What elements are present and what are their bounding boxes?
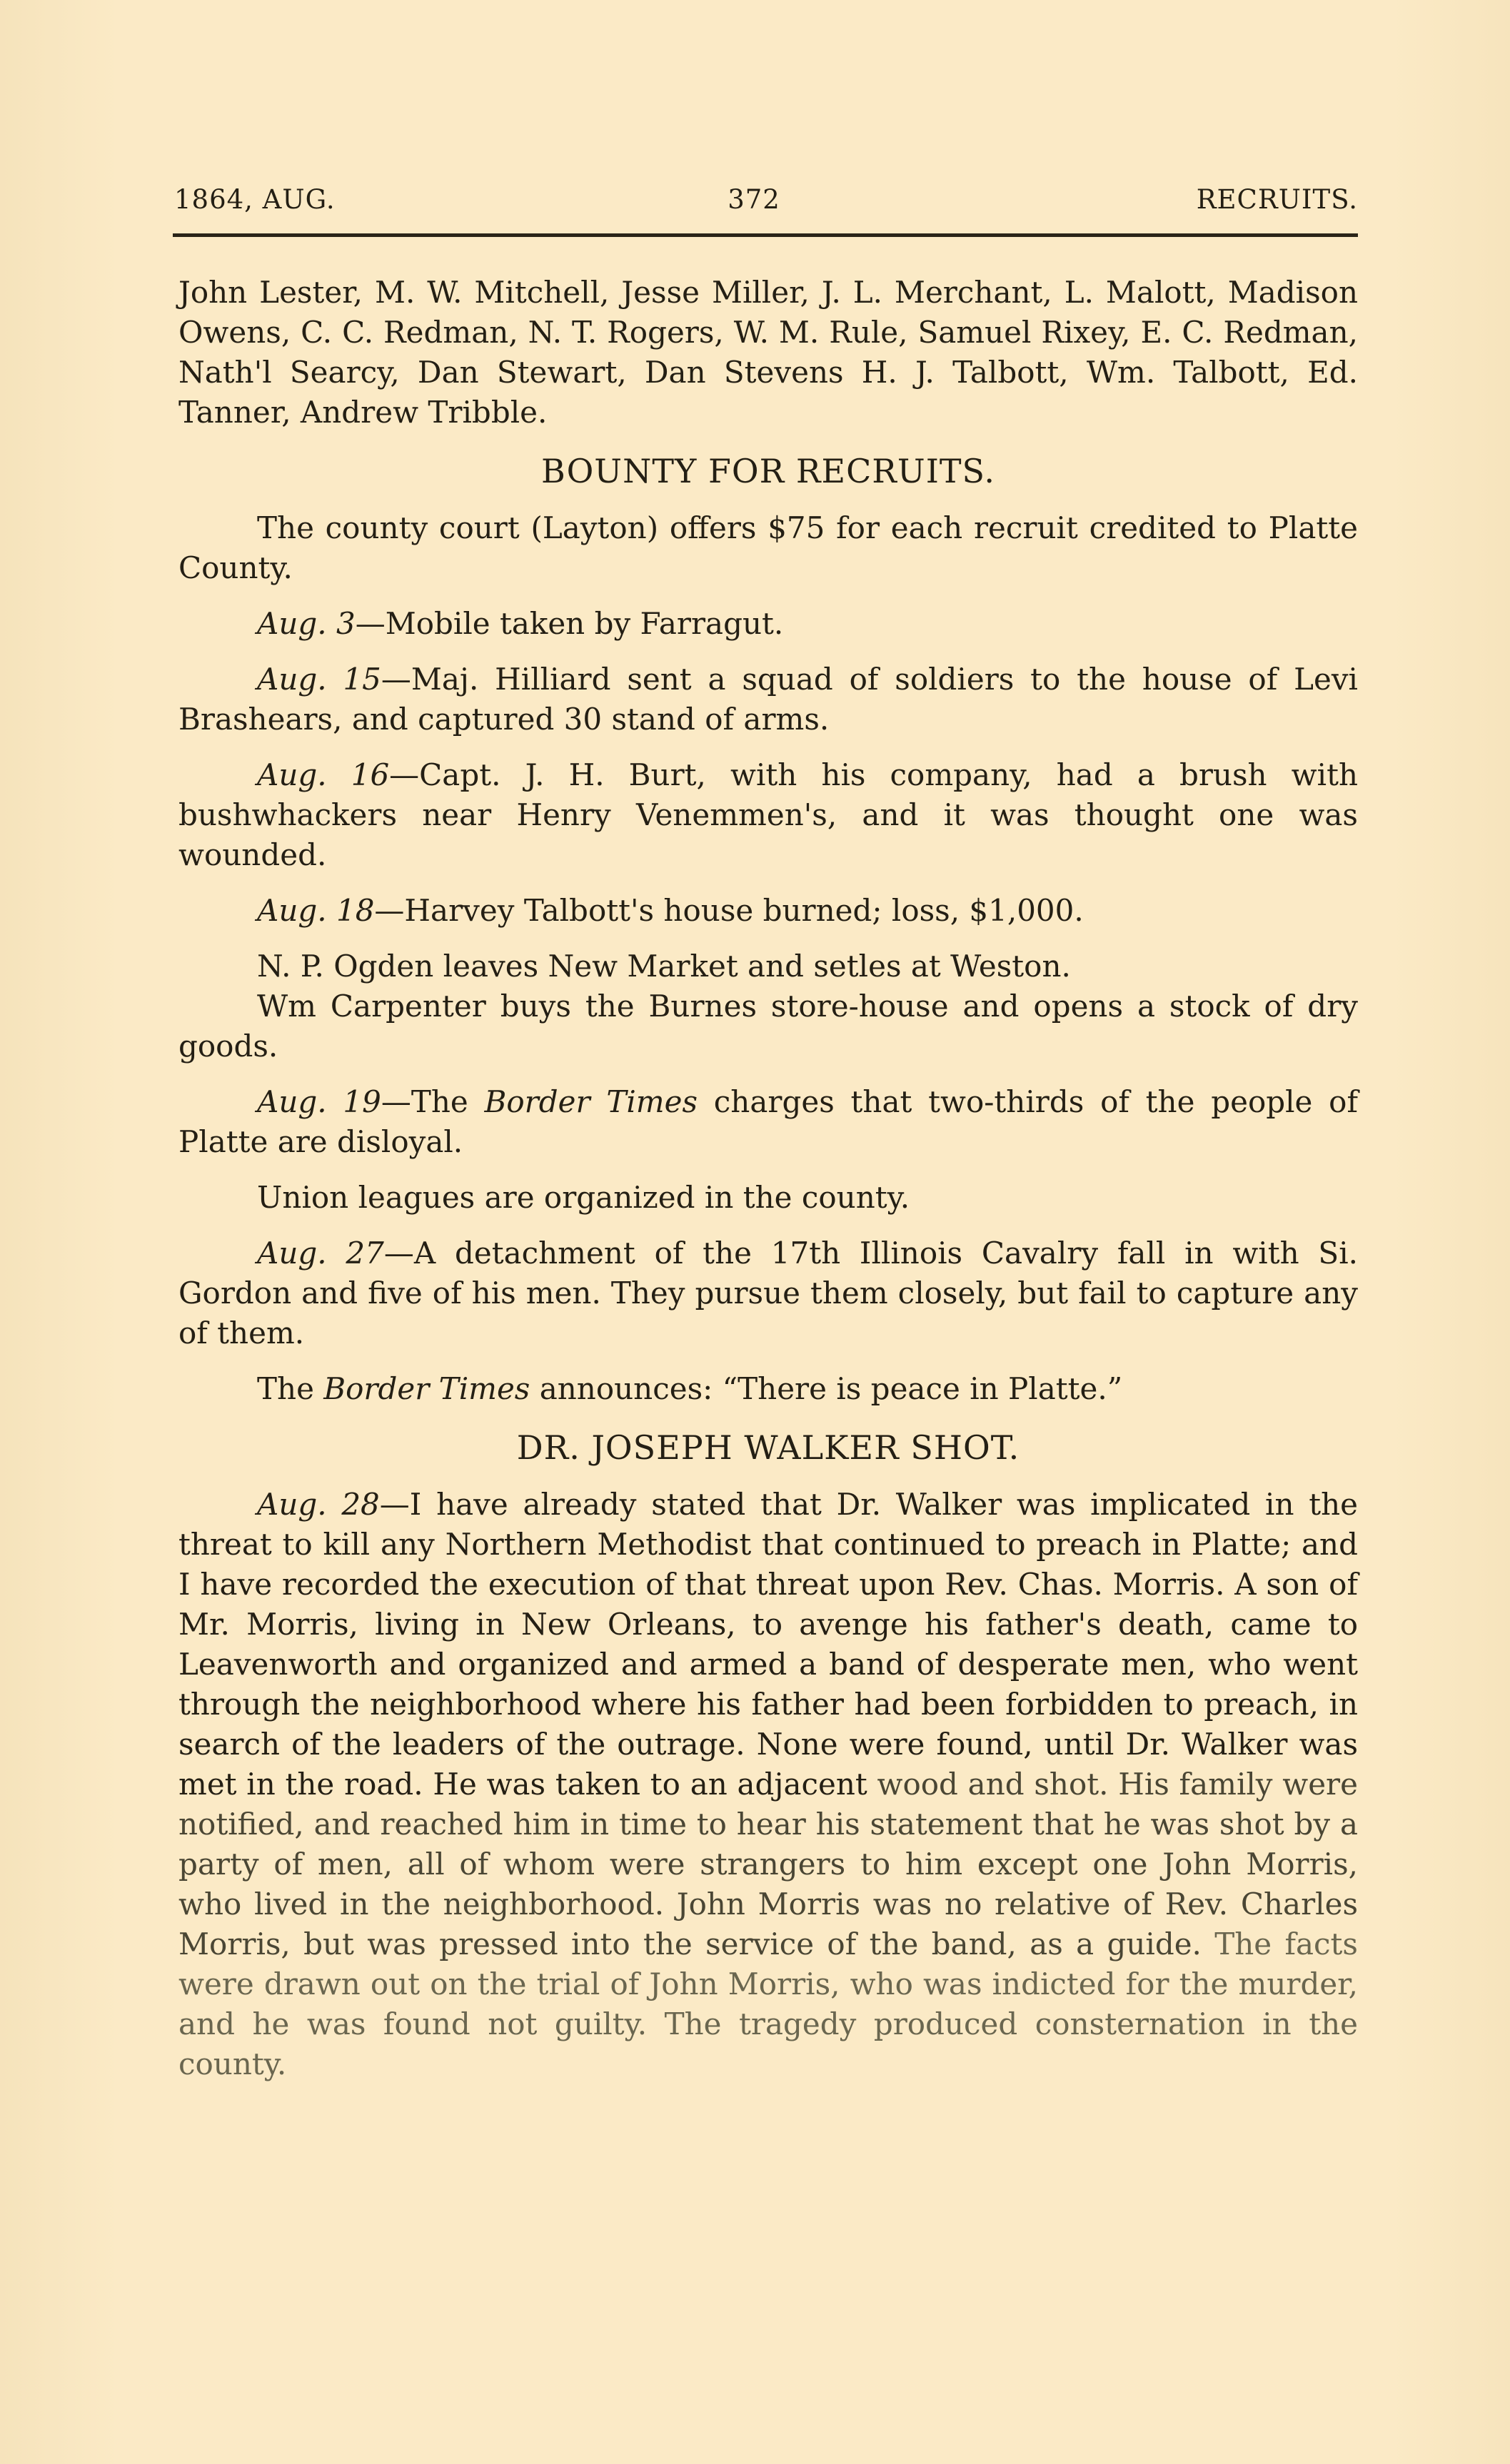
section-heading-walker: DR. JOSEPH WALKER SHOT. — [178, 1428, 1358, 1468]
entry-border-times: The Border Times announces: “There is pe… — [178, 1369, 1358, 1409]
entry-carpenter: Wm Carpenter buys the Burnes store-house… — [178, 986, 1358, 1066]
entry-aug-3: Aug. 3—Mobile taken by Farragut. — [178, 604, 1358, 644]
entry-aug-28: Aug. 28—I have already stated that Dr. W… — [178, 1485, 1358, 2084]
entry-aug-16: Aug. 16—Capt. J. H. Burt, with his compa… — [178, 755, 1358, 875]
entry-ogden: N. P. Ogden leaves New Market and setles… — [178, 946, 1358, 986]
section-heading-bounty: BOUNTY FOR RECRUITS. — [178, 451, 1358, 491]
entry-text: announces: “There is peace in Platte.” — [530, 1371, 1122, 1406]
entry-date: Aug. 19 — [257, 1084, 381, 1119]
paragraph-text: The county court (Layton) offers $75 for… — [178, 510, 1358, 585]
entry-text-pre: —The — [381, 1084, 485, 1119]
entry-text: —Mobile taken by Farragut. — [356, 606, 784, 641]
entry-text: —I have already stated that Dr. Walker w… — [178, 1487, 1358, 1802]
body-text: John Lester, M. W. Mitchell, Jesse Mille… — [178, 273, 1358, 2084]
entry-date: Aug. 28 — [257, 1487, 380, 1522]
entry-text-pre: The — [257, 1371, 323, 1406]
newspaper-name: Border Times — [485, 1084, 698, 1119]
entry-date: Aug. 3 — [257, 606, 356, 641]
running-head-title: RECRUITS. — [1197, 184, 1358, 215]
newspaper-name: Border Times — [323, 1371, 530, 1406]
entry-union-leagues: Union leagues are organized in the count… — [178, 1178, 1358, 1218]
header-rule — [173, 233, 1358, 237]
entry-text: N. P. Ogden leaves New Market and setles… — [257, 949, 1071, 984]
entry-text: Wm Carpenter buys the Burnes store-house… — [178, 989, 1358, 1064]
entry-date: Aug. 15 — [257, 662, 381, 697]
entry-aug-15: Aug. 15—Maj. Hilliard sent a squad of so… — [178, 660, 1358, 739]
entry-date: Aug. 16 — [257, 757, 389, 792]
entry-text: Union leagues are organized in the count… — [257, 1180, 910, 1215]
paragraph-county-court: The county court (Layton) offers $75 for… — [178, 508, 1358, 588]
entry-aug-27: Aug. 27—A detachment of the 17th Illinoi… — [178, 1233, 1358, 1353]
entry-date: Aug. 27 — [257, 1236, 384, 1271]
entry-date: Aug. 18 — [257, 893, 374, 928]
recruits-list: John Lester, M. W. Mitchell, Jesse Mille… — [178, 273, 1358, 433]
page-number: 372 — [164, 184, 1344, 215]
entry-aug-19: Aug. 19—The Border Times charges that tw… — [178, 1082, 1358, 1162]
entry-text: —Harvey Talbott's house burned; loss, $1… — [374, 893, 1083, 928]
entry-aug-18: Aug. 18—Harvey Talbott's house burned; l… — [178, 891, 1358, 931]
running-head: 1864, AUG. 372 RECRUITS. — [178, 184, 1358, 220]
